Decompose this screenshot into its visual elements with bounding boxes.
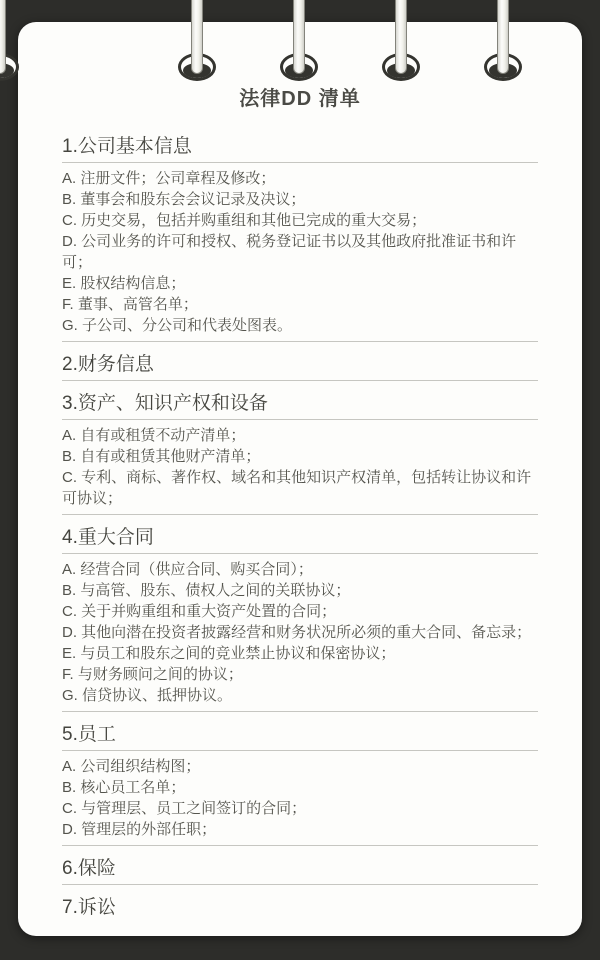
divider <box>62 341 538 342</box>
checklist-section: 1.公司基本信息 A. 注册文件；公司章程及修改；B. 董事会和股东会会议记录及… <box>62 136 538 342</box>
checklist-item: G. 子公司、分公司和代表处图表。 <box>62 315 538 336</box>
ring-post-icon <box>395 0 407 74</box>
divider <box>62 711 538 712</box>
divider <box>62 750 538 751</box>
checklist-item: B. 自有或租赁其他财产清单； <box>62 446 538 467</box>
checklist-sections: 1.公司基本信息 A. 注册文件；公司章程及修改；B. 董事会和股东会会议记录及… <box>62 136 538 918</box>
checklist-item: B. 与高管、股东、债权人之间的关联协议； <box>62 580 538 601</box>
checklist-item: E. 与员工和股东之间的竞业禁止协议和保密协议； <box>62 643 538 664</box>
checklist-item: E. 股权结构信息； <box>62 273 538 294</box>
section-heading: 3.资产、知识产权和设备 <box>62 393 538 414</box>
section-heading: 7.诉讼 <box>62 897 538 918</box>
checklist-section: 7.诉讼 <box>62 897 538 918</box>
divider <box>62 514 538 515</box>
divider <box>62 884 538 885</box>
section-heading: 5.员工 <box>62 724 538 745</box>
section-items: A. 公司组织结构图；B. 核心员工名单；C. 与管理层、员工之间签订的合同；D… <box>62 756 538 840</box>
checklist-item: A. 注册文件；公司章程及修改； <box>62 168 538 189</box>
divider <box>62 162 538 163</box>
checklist-item: D. 管理层的外部任职； <box>62 819 538 840</box>
checklist-item: A. 经营合同（供应合同、购买合同）； <box>62 559 538 580</box>
section-heading: 1.公司基本信息 <box>62 136 538 157</box>
ring-post-icon <box>497 0 509 74</box>
checklist-item: B. 董事会和股东会会议记录及决议； <box>62 189 538 210</box>
divider <box>62 380 538 381</box>
checklist-item: D. 其他向潜在投资者披露经营和财务状况所必须的重大合同、备忘录； <box>62 622 538 643</box>
section-heading: 4.重大合同 <box>62 527 538 548</box>
ring-post-icon <box>293 0 305 74</box>
divider <box>62 845 538 846</box>
checklist-item: G. 信贷协议、抵押协议。 <box>62 685 538 706</box>
checklist-section: 3.资产、知识产权和设备 A. 自有或租赁不动产清单；B. 自有或租赁其他财产清… <box>62 393 538 515</box>
ring-post-icon <box>0 0 6 74</box>
checklist-section: 6.保险 <box>62 858 538 885</box>
divider <box>62 553 538 554</box>
checklist-item: F. 董事、高管名单； <box>62 294 538 315</box>
checklist-item: C. 历史交易，包括并购重组和其他已完成的重大交易； <box>62 210 538 231</box>
page-content: 法律DD 清单 1.公司基本信息 A. 注册文件；公司章程及修改；B. 董事会和… <box>18 22 582 936</box>
divider <box>62 419 538 420</box>
page-title: 法律DD 清单 <box>62 88 538 110</box>
checklist-item: A. 自有或租赁不动产清单； <box>62 425 538 446</box>
section-heading: 2.财务信息 <box>62 354 538 375</box>
checklist-item: C. 专利、商标、著作权、域名和其他知识产权清单，包括转让协议和许可协议； <box>62 467 538 509</box>
section-heading: 6.保险 <box>62 858 538 879</box>
checklist-item: C. 关于并购重组和重大资产处置的合同； <box>62 601 538 622</box>
checklist-section: 5.员工 A. 公司组织结构图；B. 核心员工名单；C. 与管理层、员工之间签订… <box>62 724 538 846</box>
section-items: A. 经营合同（供应合同、购买合同）；B. 与高管、股东、债权人之间的关联协议；… <box>62 559 538 706</box>
checklist-item: D. 公司业务的许可和授权、税务登记证书以及其他政府批准证书和许可； <box>62 231 538 273</box>
notebook-page: 法律DD 清单 1.公司基本信息 A. 注册文件；公司章程及修改；B. 董事会和… <box>18 22 582 936</box>
section-items: A. 注册文件；公司章程及修改；B. 董事会和股东会会议记录及决议；C. 历史交… <box>62 168 538 336</box>
checklist-item: B. 核心员工名单； <box>62 777 538 798</box>
checklist-item: C. 与管理层、员工之间签订的合同； <box>62 798 538 819</box>
ring-post-icon <box>191 0 203 74</box>
checklist-section: 2.财务信息 <box>62 354 538 381</box>
checklist-item: F. 与财务顾问之间的协议； <box>62 664 538 685</box>
checklist-section: 4.重大合同 A. 经营合同（供应合同、购买合同）；B. 与高管、股东、债权人之… <box>62 527 538 712</box>
checklist-item: A. 公司组织结构图； <box>62 756 538 777</box>
section-items: A. 自有或租赁不动产清单；B. 自有或租赁其他财产清单；C. 专利、商标、著作… <box>62 425 538 509</box>
